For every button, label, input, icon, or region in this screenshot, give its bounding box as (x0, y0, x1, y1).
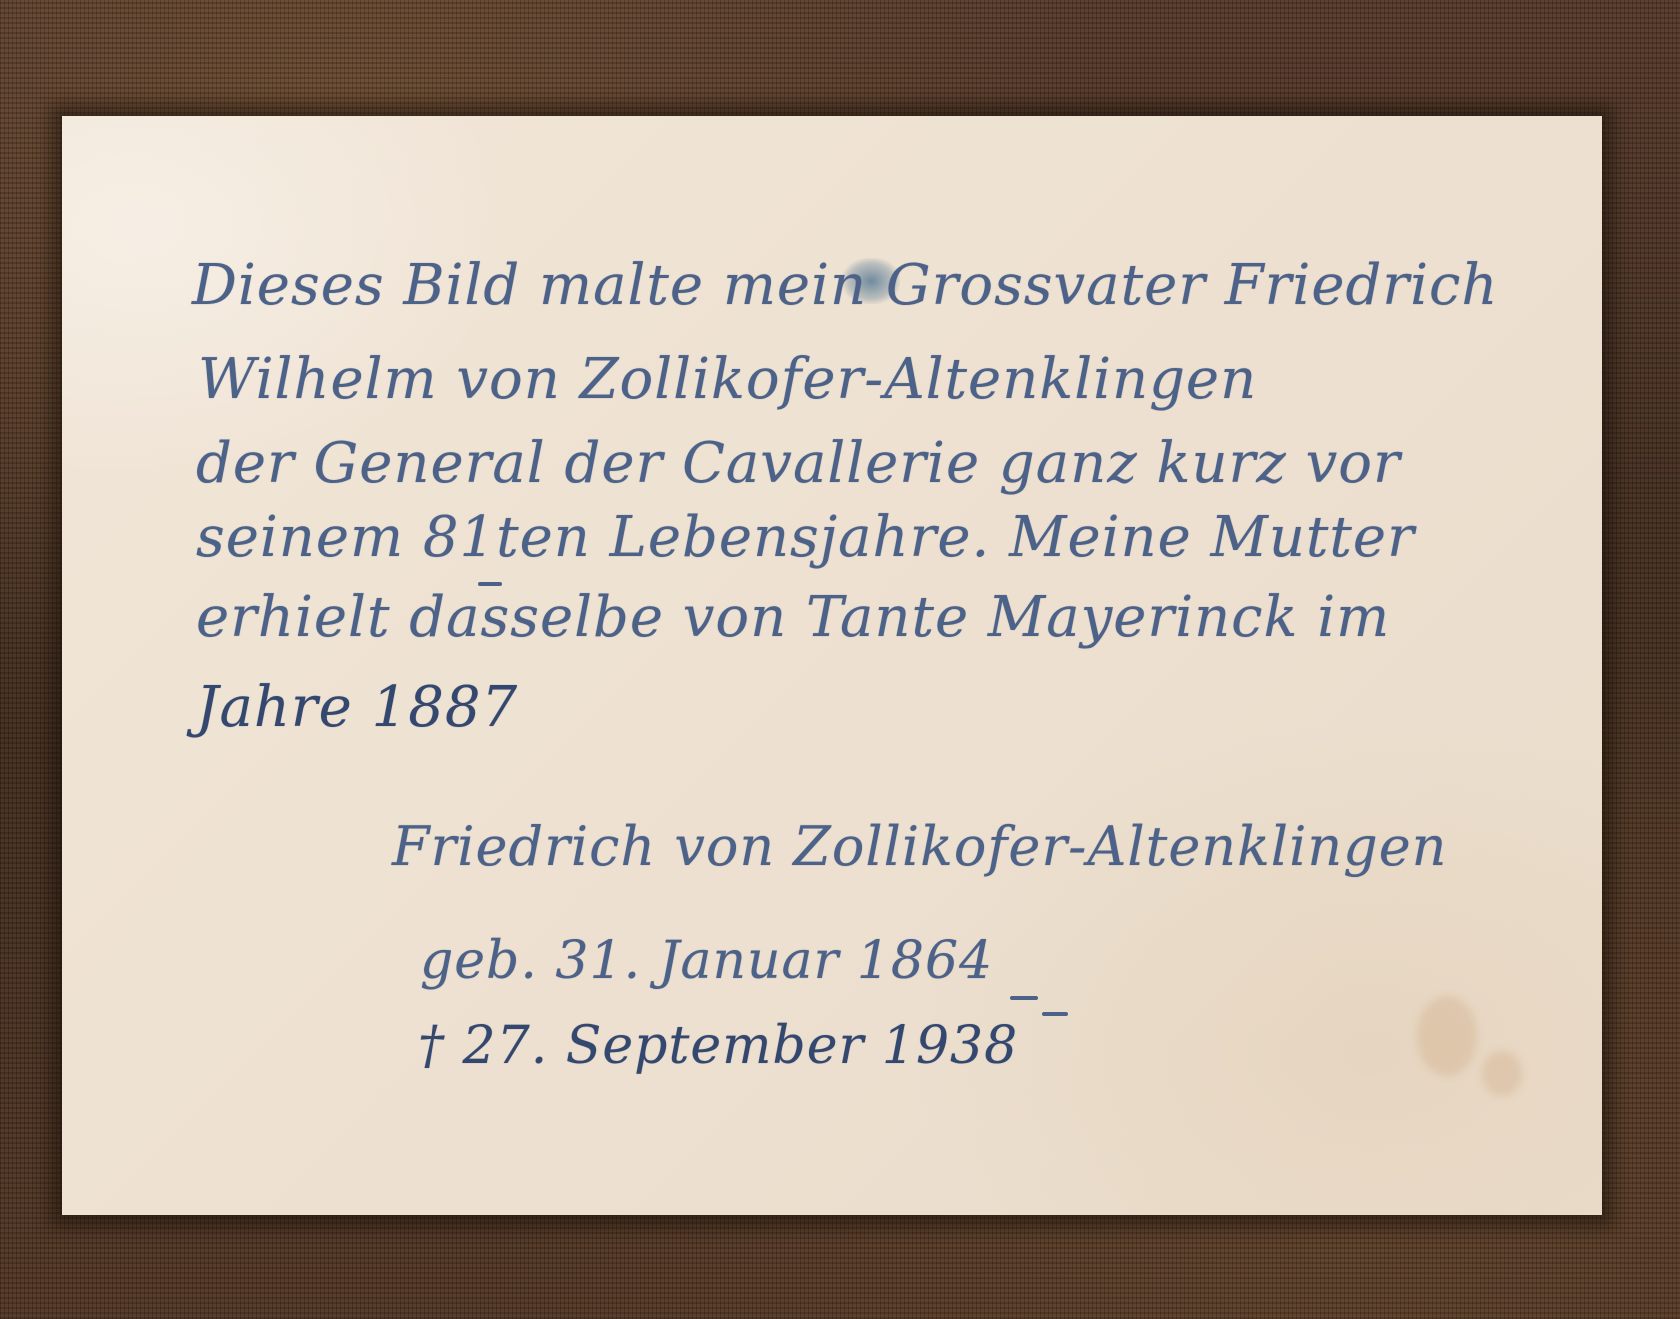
date-dash (1042, 1012, 1068, 1016)
signature-name: Friedrich von Zollikofer-Altenklingen (392, 820, 1447, 874)
body-line-4: seinem 81ten Lebensjahre. Meine Mutter (196, 510, 1415, 566)
paper-stain (1417, 996, 1477, 1076)
paper-stain (1482, 1051, 1522, 1096)
birth-date: geb. 31. Januar 1864 (420, 935, 993, 987)
death-date: † 27. September 1938 (418, 1020, 1018, 1072)
date-dash (1010, 996, 1038, 1000)
body-line-1: Dieses Bild malte mein Grossvater Friedr… (192, 258, 1498, 314)
body-line-6: Jahre 1887 (196, 680, 518, 736)
body-line-3: der General der Cavallerie ganz kurz vor (196, 436, 1401, 492)
body-line-5: erhielt dasselbe von Tante Mayerinck im (196, 590, 1390, 646)
body-line-2: Wilhelm von Zollikofer-Altenklingen (198, 352, 1257, 408)
